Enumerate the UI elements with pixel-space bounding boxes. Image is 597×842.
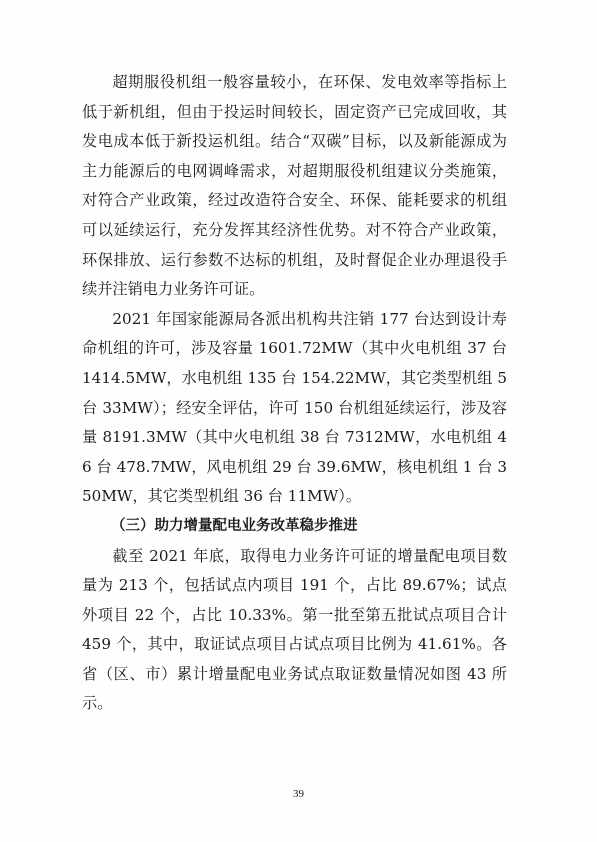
section-heading: （三）助力增量配电业务改革稳步推进 bbox=[82, 512, 507, 542]
page-number: 39 bbox=[0, 788, 597, 800]
document-page: 超期服役机组一般容量较小，在环保、发电效率等指标上低于新机组，但由于投运时间较长… bbox=[0, 0, 597, 842]
paragraph-overdue-units: 超期服役机组一般容量较小，在环保、发电效率等指标上低于新机组，但由于投运时间较长… bbox=[82, 68, 507, 305]
paragraph-incremental-distribution: 截至 2021 年底，取得电力业务许可证的增量配电项目数量为 213 个，包括试… bbox=[82, 542, 507, 720]
paragraph-2021-license-stats: 2021 年国家能源局各派出机构共注销 177 台达到设计寿命机组的许可，涉及容… bbox=[82, 305, 507, 512]
page-body: 超期服役机组一般容量较小，在环保、发电效率等指标上低于新机组，但由于投运时间较长… bbox=[82, 68, 507, 719]
